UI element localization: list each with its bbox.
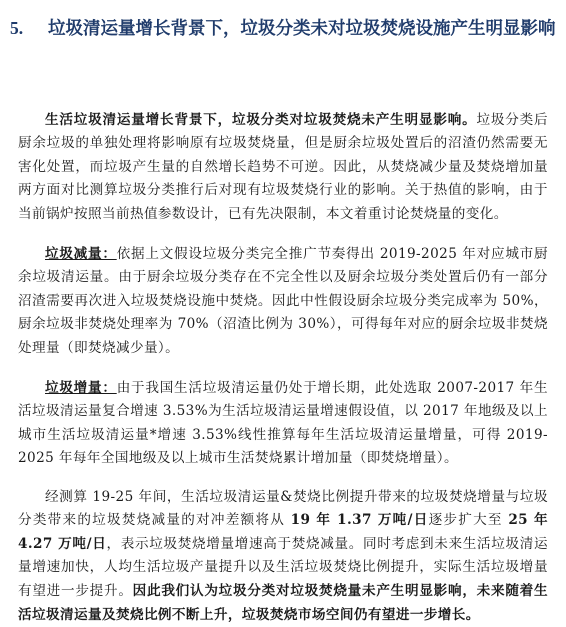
paragraph-text: 依据上文假设垃圾分类完全推广节奏得出 2019-2025 年对应城市厨余垃圾清运… [18,246,548,356]
paragraph-underlined-lead: 垃圾减量： [45,246,117,262]
paragraph-text: 逐步扩大至 [429,512,509,528]
section-number: 5. [10,6,48,50]
paragraph-text: 垃圾分类后厨余垃圾的单独处理将影响原有垃圾焚烧量，但是厨余垃圾处置后的沼渣仍然需… [18,112,548,222]
paragraph-waste-increase: 垃圾增量：由于我国生活垃圾清运量仍处于增长期，此处选取 2007-2017 年生… [18,377,548,471]
paragraph-bold-lead: 生活垃圾清运量增长背景下，垃圾分类对垃圾焚烧未产生明显影响。 [45,112,476,128]
highlight-2019-value: 19 年 1.37 万吨/日 [291,512,429,528]
section-title: 垃圾清运量增长背景下，垃圾分类未对垃圾焚烧设施产生明显影响 [48,19,556,39]
section-heading: 5.垃圾清运量增长背景下，垃圾分类未对垃圾焚烧设施产生明显影响 [10,6,560,51]
paragraph-conclusion: 经测算 19-25 年间，生活垃圾清运量&焚烧比例提升带来的垃圾焚烧增量与垃圾分… [18,486,548,627]
paragraph-underlined-lead: 垃圾增量： [45,380,117,396]
paragraph-overview: 生活垃圾清运量增长背景下，垃圾分类对垃圾焚烧未产生明显影响。垃圾分类后厨余垃圾的… [18,109,548,227]
paragraph-waste-reduction: 垃圾减量：依据上文假设垃圾分类完全推广节奏得出 2019-2025 年对应城市厨… [18,243,548,361]
